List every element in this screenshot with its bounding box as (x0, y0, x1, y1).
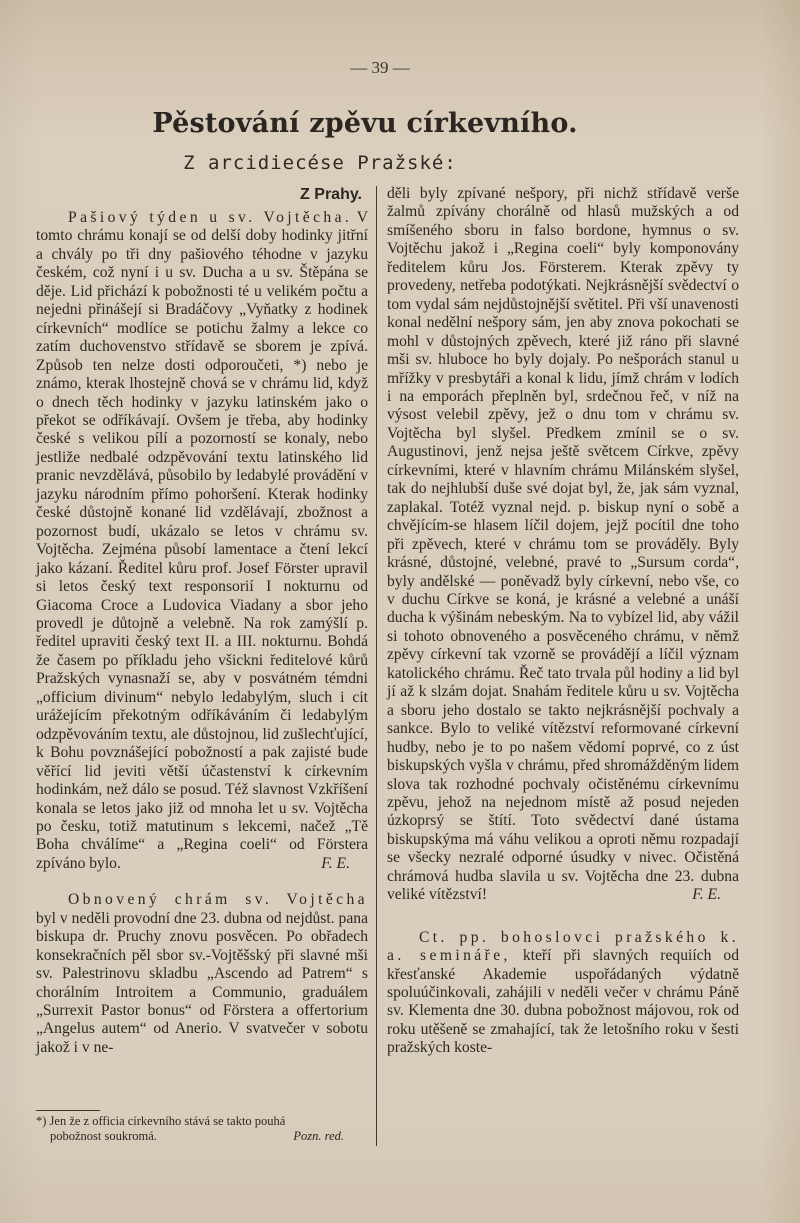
article-body: byl v neděli provodní dne 23. dubna od n… (36, 910, 368, 1056)
article-renewed-church-continued: děli byly zpívané nešpory, při nichž stř… (387, 185, 739, 905)
section-subtitle: Z arcidiecése Pražské: (90, 152, 550, 174)
article-holy-week: Pašiový týden u sv. Vojtěcha. V tomto ch… (36, 209, 368, 873)
article-lead: Obnovený chrám sv. Vojtěcha (68, 891, 368, 908)
article-signature: F. E. (692, 886, 721, 904)
article-signature: F. E. (289, 855, 350, 873)
right-column: děli byly zpívané nešpory, při nichž stř… (387, 185, 739, 1058)
footnote-continuation: pobožnost soukromá. (50, 1129, 157, 1143)
article-seminarians: Ct. pp. bohoslovci pražského k. a. semin… (387, 929, 739, 1058)
footnote-signature: Pozn. red. (293, 1129, 344, 1144)
footnote-text: Jen že z officia církevního stává se tak… (50, 1114, 286, 1128)
article-body: děli byly zpívané nešpory, při nichž stř… (387, 185, 739, 903)
footnote-rule (36, 1110, 100, 1111)
page-title: Pěstování zpěvu církevního. (0, 108, 730, 139)
column-divider (376, 186, 377, 1146)
article-lead: Pašiový týden u sv. Vojtěcha. (68, 209, 352, 226)
section-heading-prague: Z Prahy. (36, 185, 362, 205)
footnote-marker: *) (36, 1114, 46, 1128)
footnote: *) Jen že z officia církevního stává se … (36, 1114, 356, 1144)
page-number: — 39 — (0, 58, 760, 78)
article-body: V tomto chrámu konají se od delší doby h… (36, 209, 368, 872)
article-renewed-church: Obnovený chrám sv. Vojtěcha byl v neděli… (36, 891, 368, 1057)
left-column: Z Prahy. Pašiový týden u sv. Vojtěcha. V… (36, 185, 368, 1057)
